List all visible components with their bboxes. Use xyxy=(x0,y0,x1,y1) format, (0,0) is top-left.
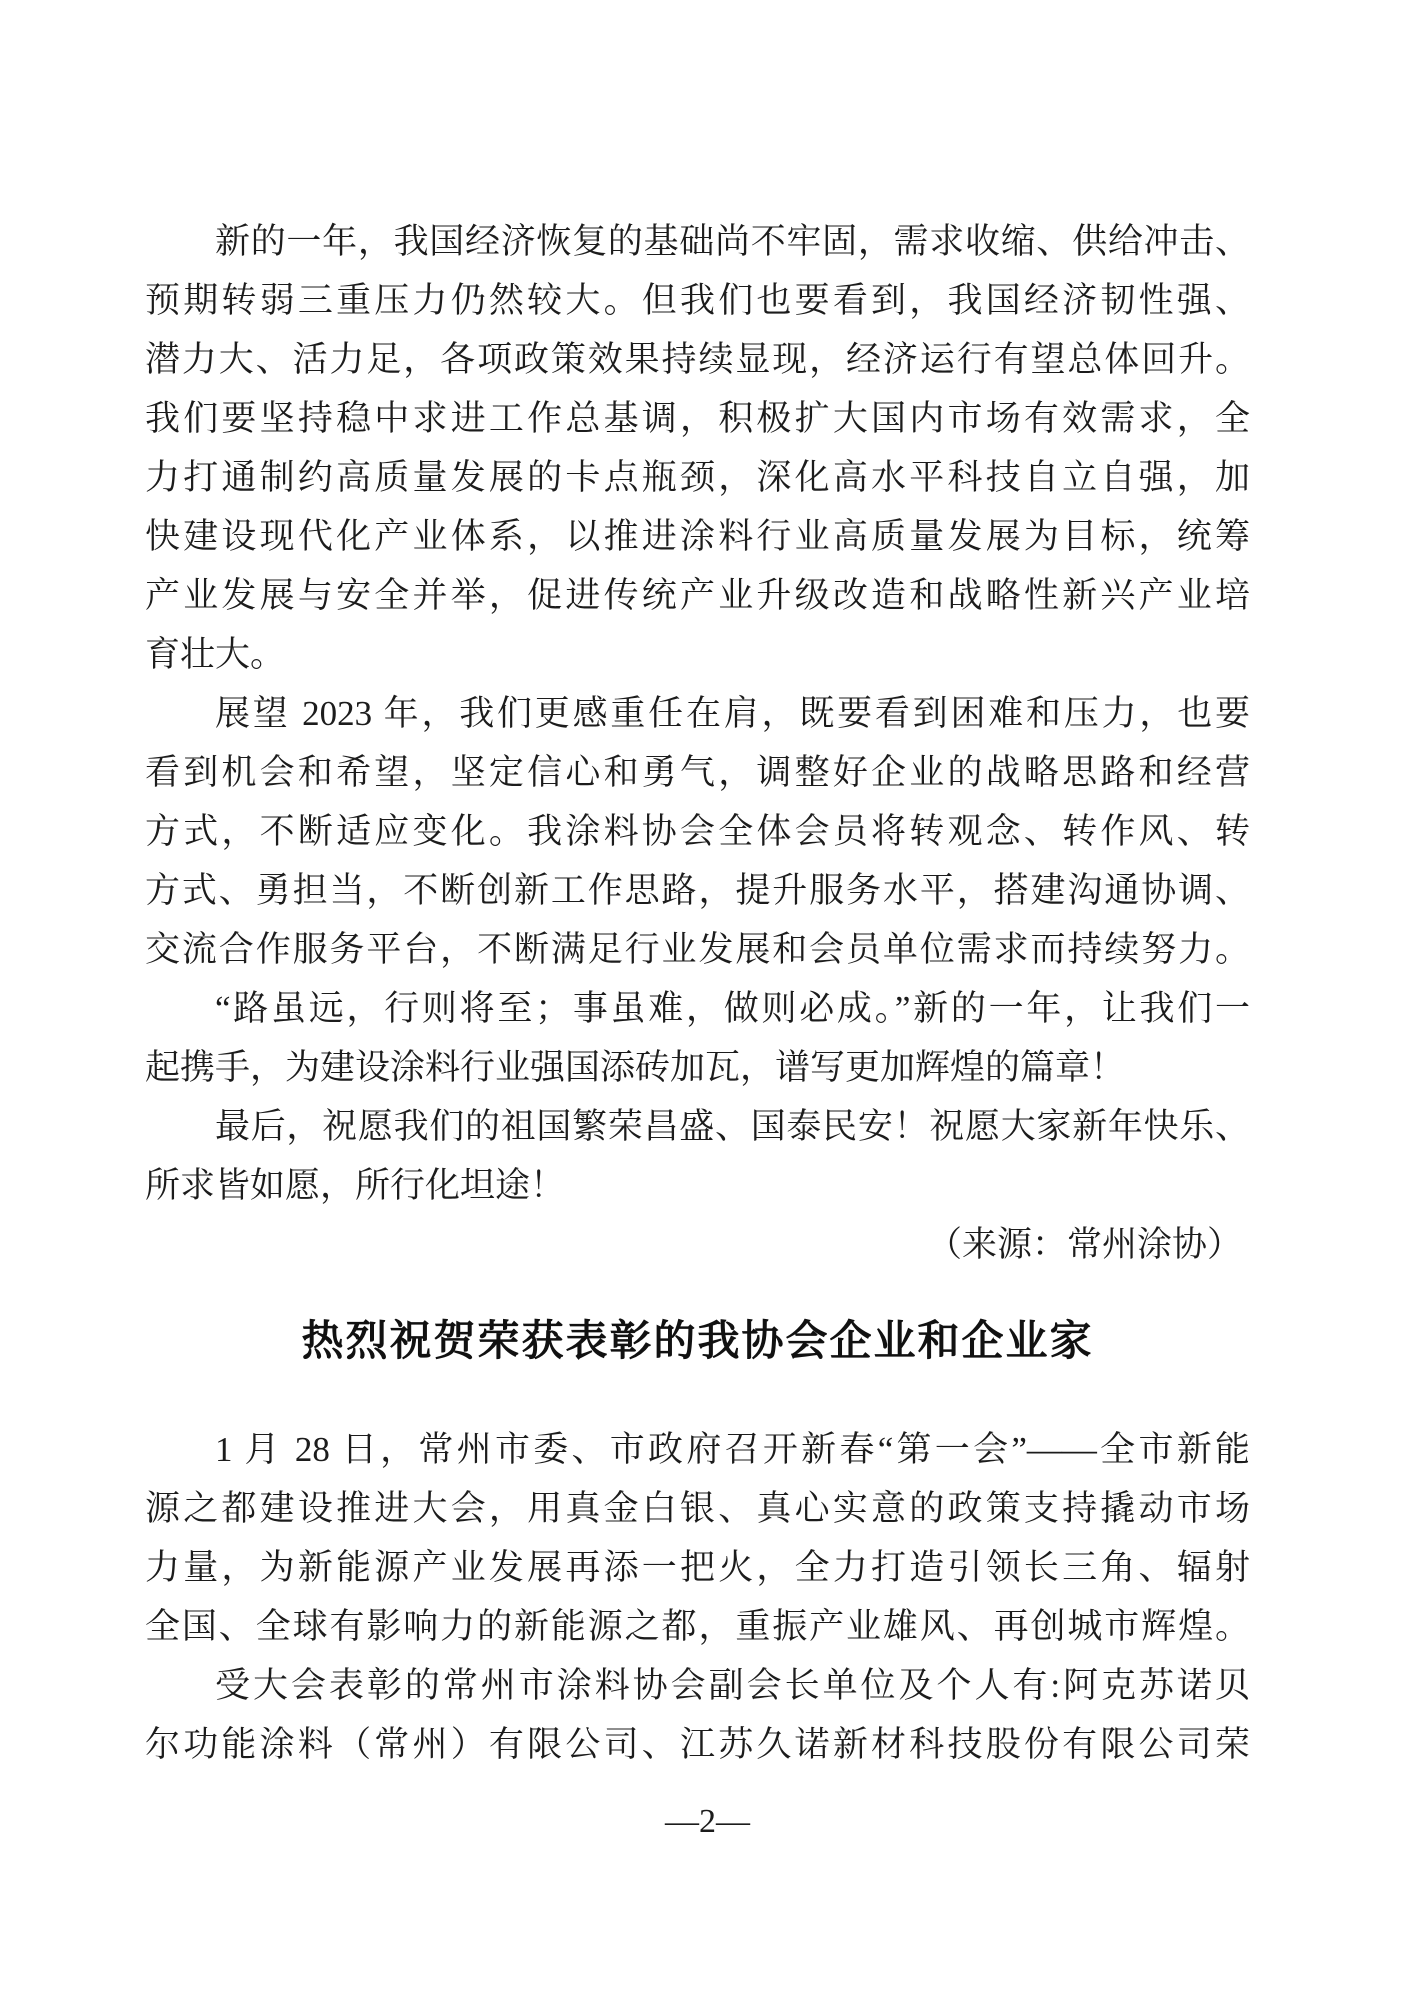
text-line: 展望 2023 年，我们更感重任在肩，既要看到困难和压力，也要 xyxy=(145,684,1250,743)
text-line: 力量，为新能源产业发展再添一把火，全力打造引领长三角、辐射 xyxy=(145,1538,1250,1597)
text-line: 力打通制约高质量发展的卡点瓶颈，深化高水平科技自立自强，加 xyxy=(145,448,1250,507)
paragraph-conference: 1 月 28 日，常州市委、市政府召开新春“第一会”——全市新能 源之都建设推进… xyxy=(145,1420,1250,1656)
text-line: 潜力大、活力足，各项政策效果持续显现，经济运行有望总体回升。 xyxy=(145,330,1250,389)
text-line: 起携手，为建设涂料行业强国添砖加瓦，谱写更加辉煌的篇章！ xyxy=(145,1038,1250,1097)
text-line: 看到机会和希望，坚定信心和勇气，调整好企业的战略思路和经营 xyxy=(145,743,1250,802)
text-line: 育壮大。 xyxy=(145,625,1250,684)
text-line: “路虽远，行则将至；事虽难，做则必成。”新的一年，让我们一 xyxy=(145,979,1250,1038)
text-line: 最后，祝愿我们的祖国繁荣昌盛、国泰民安！祝愿大家新年快乐、 xyxy=(145,1097,1250,1156)
text-line: 1 月 28 日，常州市委、市政府召开新春“第一会”——全市新能 xyxy=(145,1420,1250,1479)
paragraph-commended-companies: 受大会表彰的常州市涂料协会副会长单位及个人有:阿克苏诺贝 尔功能涂料（常州）有限… xyxy=(145,1656,1250,1774)
text-line: 方式，不断适应变化。我涂料协会全体会员将转观念、转作风、转 xyxy=(145,802,1250,861)
text-line: 产业发展与安全并举，促进传统产业升级改造和战略性新兴产业培 xyxy=(145,566,1250,625)
text-line: 方式、勇担当，不断创新工作思路，提升服务水平，搭建沟通协调、 xyxy=(145,861,1250,920)
text-line: 尔功能涂料（常州）有限公司、江苏久诺新材科技股份有限公司荣 xyxy=(145,1715,1250,1774)
section-heading: 热烈祝贺荣获表彰的我协会企业和企业家 xyxy=(145,1312,1250,1372)
source-attribution: （来源：常州涂协） xyxy=(145,1215,1250,1274)
paragraph-2023-prospect: 展望 2023 年，我们更感重任在肩，既要看到困难和压力，也要 看到机会和希望，… xyxy=(145,684,1250,979)
text-line: 受大会表彰的常州市涂料协会副会长单位及个人有:阿克苏诺贝 xyxy=(145,1656,1250,1715)
document-page: 新的一年，我国经济恢复的基础尚不牢固，需求收缩、供给冲击、 预期转弱三重压力仍然… xyxy=(0,0,1415,2000)
page-number: —2— xyxy=(0,1802,1415,1842)
paragraph-economy-outlook: 新的一年，我国经济恢复的基础尚不牢固，需求收缩、供给冲击、 预期转弱三重压力仍然… xyxy=(145,212,1250,684)
text-line: 所求皆如愿，所行化坦途！ xyxy=(145,1156,1250,1215)
paragraph-wishes: 最后，祝愿我们的祖国繁荣昌盛、国泰民安！祝愿大家新年快乐、 所求皆如愿，所行化坦… xyxy=(145,1097,1250,1215)
document-content: 新的一年，我国经济恢复的基础尚不牢固，需求收缩、供给冲击、 预期转弱三重压力仍然… xyxy=(145,212,1250,1774)
text-line: 预期转弱三重压力仍然较大。但我们也要看到，我国经济韧性强、 xyxy=(145,271,1250,330)
text-line: 全国、全球有影响力的新能源之都，重振产业雄风、再创城市辉煌。 xyxy=(145,1597,1250,1656)
paragraph-quote: “路虽远，行则将至；事虽难，做则必成。”新的一年，让我们一 起携手，为建设涂料行… xyxy=(145,979,1250,1097)
text-line: 我们要坚持稳中求进工作总基调，积极扩大国内市场有效需求，全 xyxy=(145,389,1250,448)
text-line: 源之都建设推进大会，用真金白银、真心实意的政策支持撬动市场 xyxy=(145,1479,1250,1538)
text-line: 交流合作服务平台，不断满足行业发展和会员单位需求而持续努力。 xyxy=(145,920,1250,979)
text-line: 快建设现代化产业体系，以推进涂料行业高质量发展为目标，统筹 xyxy=(145,507,1250,566)
text-line: 新的一年，我国经济恢复的基础尚不牢固，需求收缩、供给冲击、 xyxy=(145,212,1250,271)
